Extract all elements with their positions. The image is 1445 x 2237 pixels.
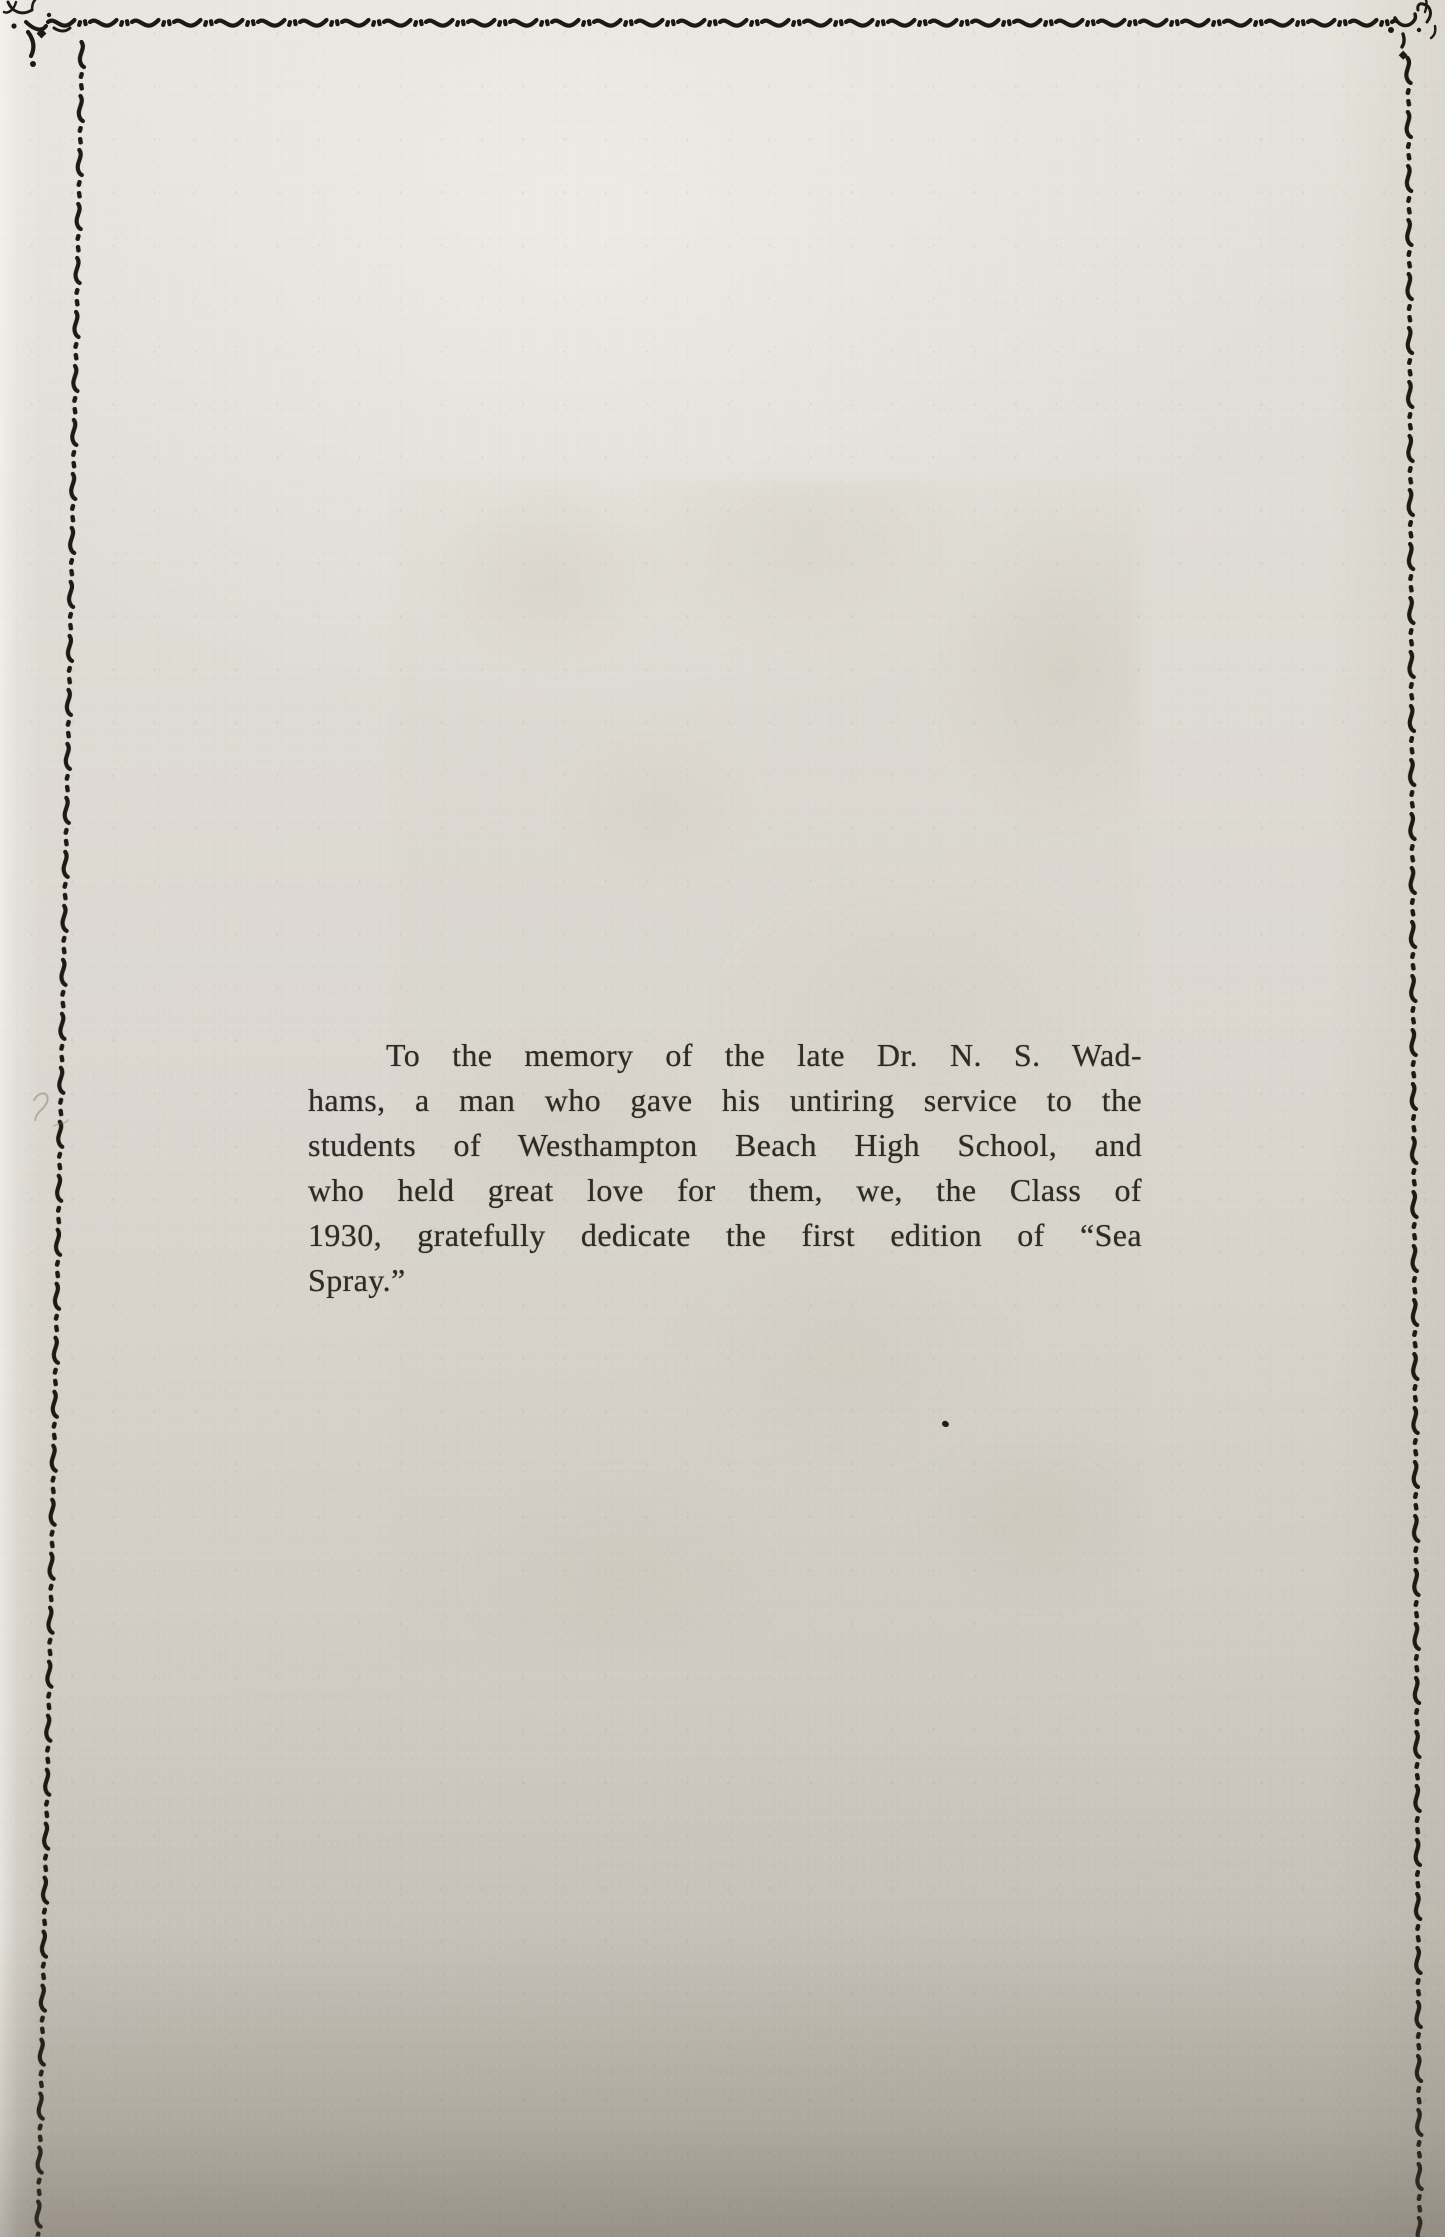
dedication-line: Spray.” [308, 1258, 1142, 1303]
yearbook-dedication-page: To the memory of the late Dr. N. S. Wad-… [0, 0, 1445, 2237]
pencil-mark [20, 1082, 90, 1152]
dedication-text: To the memory of the late Dr. N. S. Wad-… [308, 1033, 1142, 1303]
dedication-line: 1930, gratefully dedicate the first edit… [308, 1213, 1142, 1258]
dedication-line: To the memory of the late Dr. N. S. Wad- [308, 1033, 1142, 1078]
ink-speck [941, 1420, 950, 1428]
corner-flourish-top-right-icon [1375, 0, 1445, 86]
dedication-line: students of Westhampton Beach High Schoo… [308, 1123, 1142, 1168]
ornamental-border-right [1400, 56, 1427, 2237]
corner-flourish-top-left-icon [2, 0, 102, 120]
dedication-line: who held great love for them, we, the Cl… [308, 1168, 1142, 1213]
dedication-line: hams, a man who gave his untiring servic… [308, 1078, 1142, 1123]
ornamental-border-top [46, 15, 1398, 31]
